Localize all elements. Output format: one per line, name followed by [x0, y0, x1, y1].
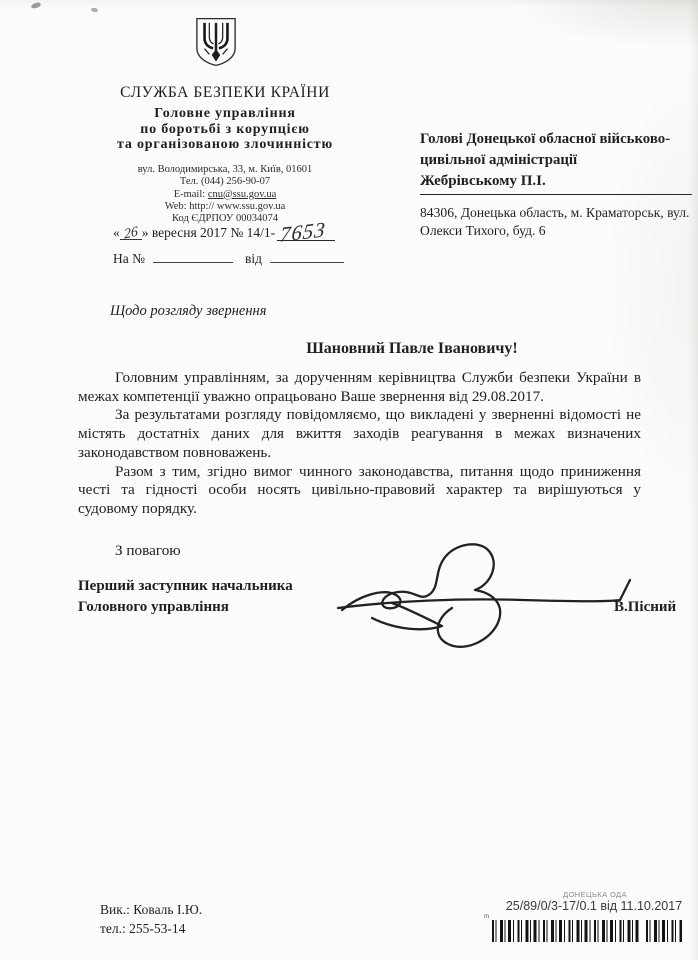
date-number-line: «26» вересня 2017 № 14/1-7653: [113, 223, 335, 241]
registration-stamp-org: ДОНЕЦЬКА ОДА: [502, 890, 688, 899]
scanned-letter-page: СЛУЖБА БЕЗПЕКИ КРАЇНИ Головне управління…: [0, 0, 698, 960]
division-line: та організованою злочинністю: [55, 137, 395, 153]
date-day-blank: 26: [120, 225, 142, 240]
signer-title: Перший заступник начальника Головного уп…: [78, 576, 293, 618]
signer-title-line: Перший заступник начальника: [78, 576, 293, 597]
phone-line: Тел. (044) 256-90-07: [55, 176, 395, 188]
subject-line: Щодо розгляду звернення: [110, 303, 266, 320]
reference-line: На №від: [113, 249, 344, 267]
barcode-bars: [492, 920, 640, 942]
org-name: СЛУЖБА БЕЗПЕКИ КРАЇНИ: [55, 84, 395, 102]
date-text: » вересня 2017 № 14/1-: [142, 225, 275, 240]
closing-salutation: З повагою: [115, 542, 181, 560]
street-address: вул. Володимирська, 33, м. Київ, 01601: [55, 164, 395, 176]
ref-vid-label: від: [245, 251, 262, 266]
greeting: Шановний Павле Івановичу!: [184, 340, 640, 358]
executor-name: Вик.: Коваль І.Ю.: [100, 900, 202, 919]
signer-name: В.Пісний: [614, 599, 676, 616]
scan-speck: [91, 7, 99, 12]
addressee-block: Голові Донецької обласної військово- цив…: [420, 129, 692, 239]
barcode-prefix-mark: m: [484, 914, 489, 920]
division-line: Головне управління: [55, 106, 395, 122]
registration-stamp-number: 25/89/0/3-17/0.1 від 11.10.2017: [496, 899, 692, 913]
paragraph: Головним управлінням, за дорученням кері…: [78, 369, 641, 406]
executor-phone: тел.: 255-53-14: [100, 919, 202, 938]
executor-block: Вик.: Коваль І.Ю. тел.: 255-53-14: [100, 900, 202, 938]
ref-na-label: На №: [113, 251, 145, 266]
letter-body: Головним управлінням, за дорученням кері…: [78, 369, 641, 519]
paragraph: Разом з тим, згідно вимог чинного законо…: [78, 463, 641, 519]
doc-number-blank: 7653: [277, 223, 335, 241]
division-line: по боротьбі з корупцією: [55, 122, 395, 138]
addressee-address-line: Олекси Тихого, буд. 6: [420, 222, 692, 240]
addressee-title-line: Голові Донецької обласної військово-: [420, 129, 692, 150]
quote-open: «: [113, 225, 120, 240]
org-division: Головне управління по боротьбі з корупці…: [55, 106, 395, 153]
barcode-bars: [646, 920, 682, 942]
contact-block: вул. Володимирська, 33, м. Київ, 01601 Т…: [55, 164, 395, 225]
addressee-title-line: цивільної адміністрації: [420, 150, 692, 171]
handwritten-day: 26: [123, 224, 138, 243]
signer-title-line: Головного управління: [78, 597, 293, 618]
web-line: Web: http:// www.ssu.gov.ua: [55, 201, 395, 213]
email-line: E-mail: cnu@ssu.gov.ua: [55, 189, 395, 201]
addressee-address-line: 84306, Донецька область, м. Краматорськ,…: [420, 204, 692, 222]
handwritten-signature: [332, 540, 644, 665]
paragraph: За результатами розгляду повідомляємо, щ…: [78, 406, 641, 462]
handwritten-doc-number: 7653: [280, 222, 327, 242]
ref-date-blank: [270, 249, 344, 263]
ref-number-blank: [153, 249, 233, 263]
barcode: [492, 920, 682, 942]
scan-speck: [30, 2, 41, 10]
email-address: cnu@ssu.gov.ua: [208, 189, 276, 200]
addressee-name: Жебрівському П.І.: [420, 171, 692, 195]
ukraine-trident-emblem: [195, 17, 237, 67]
email-label: E-mail:: [174, 189, 208, 200]
